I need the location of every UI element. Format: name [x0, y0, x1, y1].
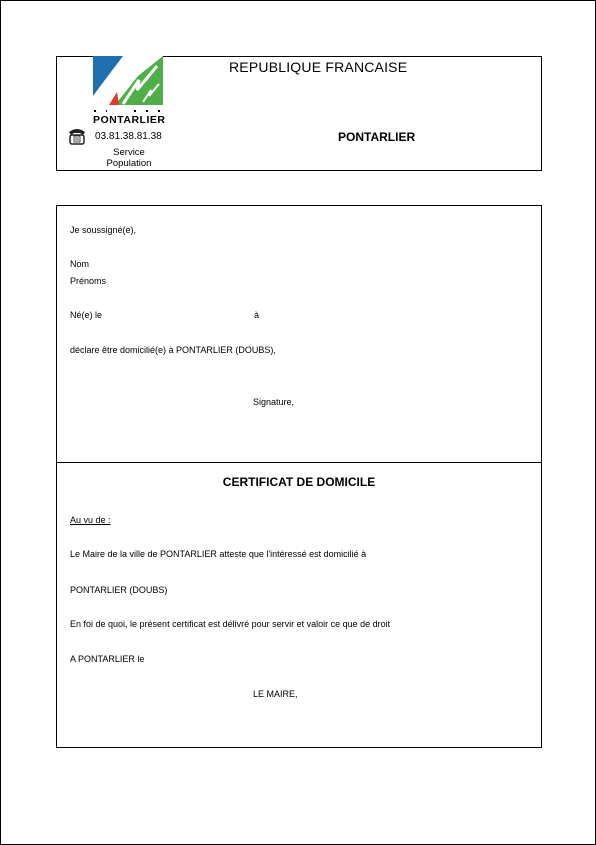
- republic-heading: REPUBLIQUE FRANCAISE: [229, 59, 407, 75]
- attestation-text: Le Maire de la ville de PONTARLIER attes…: [70, 549, 366, 559]
- brand-name: PONTARLIER: [93, 114, 165, 126]
- birth-place-label: à: [254, 310, 259, 320]
- prenoms-label: Prénoms: [70, 276, 106, 286]
- mayor-label: LE MAIRE,: [253, 689, 298, 699]
- town-name: PONTARLIER: [338, 130, 415, 144]
- pontarlier-logo-icon: [93, 56, 163, 105]
- intro-text: Je soussigné(e),: [70, 225, 136, 235]
- logo-dots-decoration: [94, 109, 162, 113]
- telephone-icon: [67, 126, 87, 146]
- service-line-2: Population: [96, 158, 162, 169]
- declaration-text: déclare être domicilié(e) à PONTARLIER (…: [70, 345, 276, 355]
- certificate-title: CERTIFICAT DE DOMICILE: [56, 475, 542, 489]
- place-text: PONTARLIER (DOUBS): [70, 585, 167, 595]
- phone-number: 03.81.38.81.38: [95, 131, 162, 142]
- signature-label: Signature,: [253, 397, 294, 407]
- section-divider: [56, 462, 542, 463]
- service-label: Service Population: [96, 147, 162, 169]
- service-line-1: Service: [96, 147, 162, 158]
- birth-date-label: Né(e) le: [70, 310, 102, 320]
- date-place-label: A PONTARLIER le: [70, 654, 144, 664]
- en-foi-text: En foi de quoi, le présent certificat es…: [70, 619, 390, 629]
- au-vu-de-label: Au vu de :: [70, 515, 111, 525]
- nom-label: Nom: [70, 259, 89, 269]
